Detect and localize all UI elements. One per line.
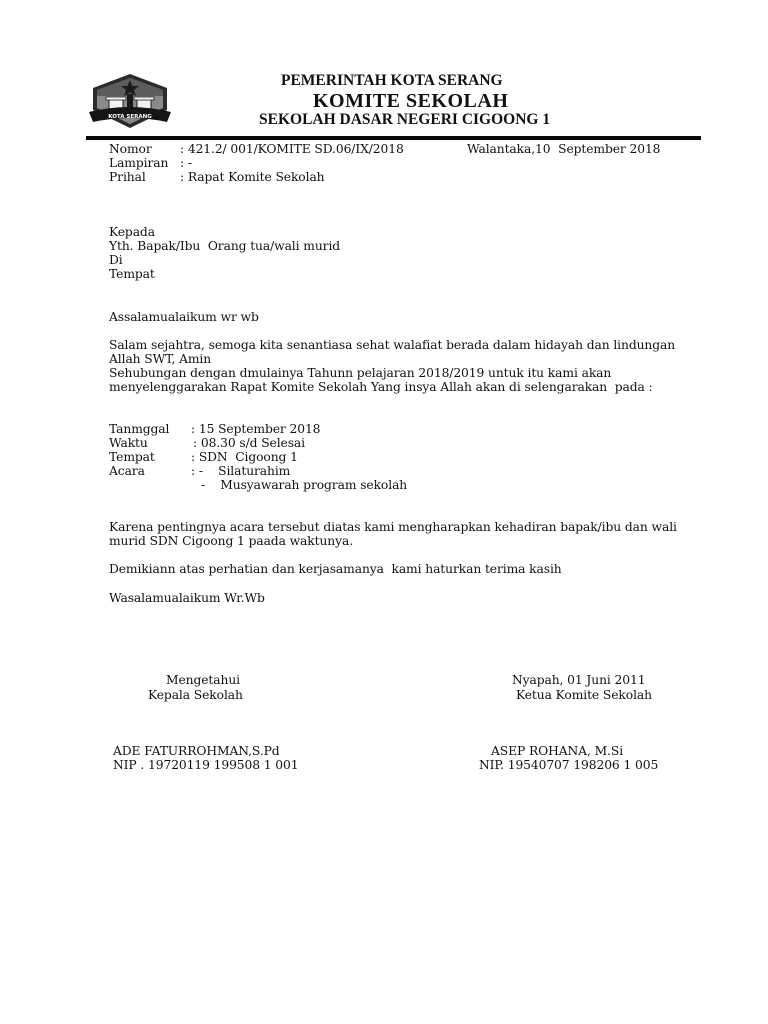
farewell-line: Wasalamualaikum Wr.Wb (109, 591, 265, 605)
nomor-label: Nomor (109, 142, 152, 156)
agenda-item: : - Silaturahim (191, 464, 290, 478)
logo-caption: KOTA SERANG (108, 114, 152, 120)
left-sign-name: ADE FATURROHMAN,S.Pd (113, 744, 280, 758)
letterhead-line2: KOMITE SEKOLAH (313, 90, 508, 113)
right-sign-date: Nyapah, 01 Juni 2011 (512, 673, 645, 687)
agenda-item: - Musyawarah program sekolah (201, 478, 407, 492)
prihal-value: : Rapat Komite Sekolah (180, 170, 325, 184)
para3-line1: Karena pentingnya acara tersebut diatas … (109, 520, 677, 534)
left-sign-title: Kepala Sekolah (148, 688, 243, 702)
recipient-line3: Di (109, 253, 123, 267)
lampiran-value: : - (180, 156, 192, 170)
event-date-value: : 15 September 2018 (191, 422, 320, 436)
recipient-line1: Kepada (109, 225, 155, 239)
lampiran-label: Lampiran (109, 156, 168, 170)
recipient-line2: Yth. Bapak/Ibu Orang tua/wali murid (109, 239, 340, 253)
para2-line2: menyelenggarakan Rapat Komite Sekolah Ya… (109, 380, 653, 394)
right-sign-nip: NIP. 19540707 198206 1 005 (479, 758, 658, 772)
para3-line2: murid SDN Cigoong 1 paada waktunya. (109, 534, 353, 548)
event-date-label: Tanmggal (109, 422, 169, 436)
letterhead-line1: PEMERINTAH KOTA SERANG (281, 72, 503, 90)
left-sign-line1: Mengetahui (166, 673, 240, 687)
place-date: Walantaka,10 September 2018 (467, 142, 660, 156)
nomor-value: : 421.2/ 001/KOMITE SD.06/IX/2018 (180, 142, 404, 156)
event-place-value: : SDN Cigoong 1 (191, 450, 298, 464)
right-sign-name: ASEP ROHANA, M.Si (491, 744, 623, 758)
event-time-label: Waktu (109, 436, 148, 450)
recipient-line4: Tempat (109, 267, 155, 281)
greeting: Assalamualaikum wr wb (109, 310, 259, 324)
event-time-value: : 08.30 s/d Selesai (193, 436, 305, 450)
letterhead-line3: SEKOLAH DASAR NEGERI CIGOONG 1 (259, 111, 550, 129)
para1-line1: Salam sejahtra, semoga kita senantiasa s… (109, 338, 675, 352)
kota-serang-logo: KOTA SERANG (87, 72, 173, 130)
letterhead-divider (86, 136, 701, 140)
prihal-label: Prihal (109, 170, 146, 184)
para2-line1: Sehubungan dengan dmulainya Tahunn pelaj… (109, 366, 611, 380)
event-place-label: Tempat (109, 450, 155, 464)
event-agenda-label: Acara (109, 464, 145, 478)
right-sign-title: Ketua Komite Sekolah (516, 688, 652, 702)
para1-line2: Allah SWT, Amin (109, 352, 211, 366)
thanks-line: Demikiann atas perhatian dan kerjasamany… (109, 562, 562, 576)
left-sign-nip: NIP . 19720119 199508 1 001 (113, 758, 298, 772)
